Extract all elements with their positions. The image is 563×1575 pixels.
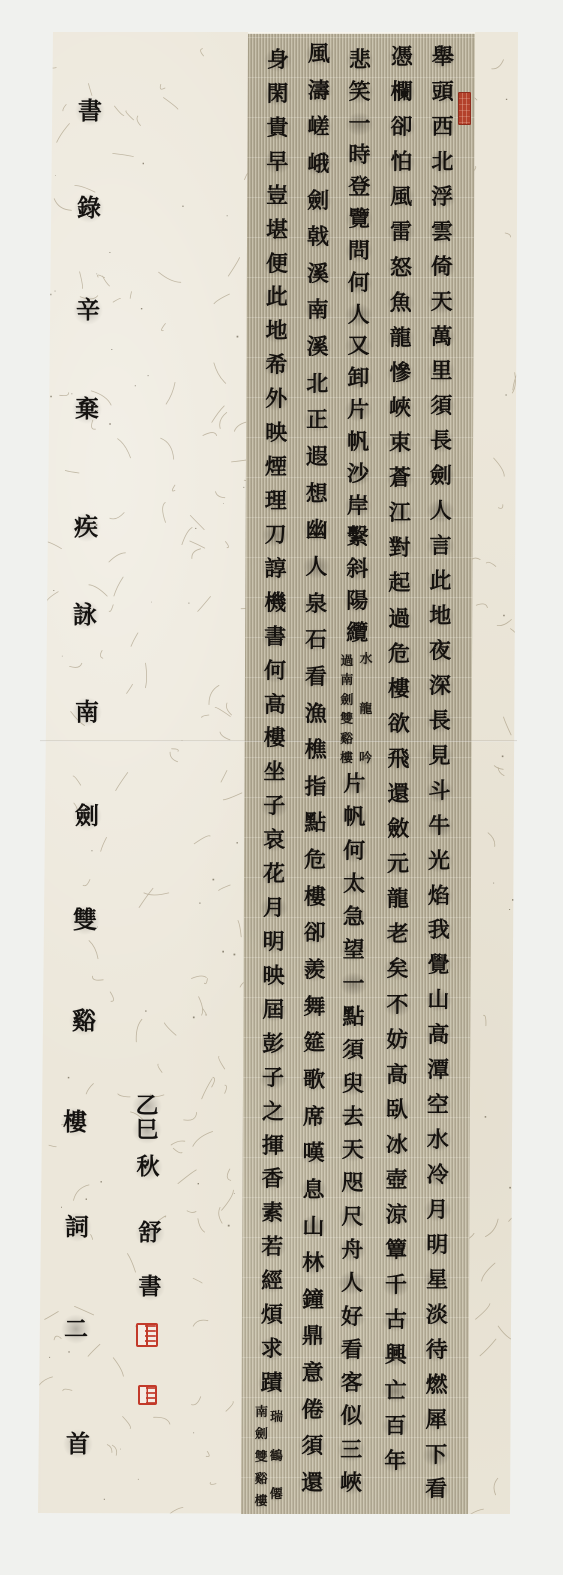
text-char: 幽 [303, 518, 331, 542]
text-char: 風 [387, 185, 415, 209]
text-char: 哀 [260, 828, 288, 852]
text-char: 人 [302, 555, 330, 579]
text-char: 點 [301, 811, 329, 835]
text-char: 似 [337, 1404, 365, 1428]
text-char: 欄 [388, 80, 416, 104]
text-char: 斗 [425, 779, 453, 803]
inscription-2-title: 南劍雙谿樓 [251, 1405, 271, 1509]
text-column-4: 風濤嵯峨劍戟溪南溪北正遐想幽人泉石看漁樵指點危樓卻羨舞筵歌席嘆息山林鐘鼎意倦須還 [296, 42, 335, 1495]
text-char: 雷 [387, 220, 415, 244]
text-char: 還 [384, 782, 412, 806]
text-char: 須 [298, 1434, 326, 1458]
text-char: 飛 [385, 747, 413, 771]
inscription-char: 水 [358, 652, 374, 667]
text-char: 怒 [387, 256, 415, 280]
title-char: 辛 [73, 295, 103, 325]
title-char: 書 [75, 96, 105, 126]
text-char: 萬 [428, 325, 456, 349]
text-char: 求 [258, 1337, 286, 1361]
text-char: 一 [346, 112, 374, 136]
text-char: 劍 [427, 464, 455, 488]
text-char: 笑 [346, 80, 374, 104]
text-char: 風 [305, 42, 333, 66]
title-char: 劍 [72, 801, 102, 831]
inscription-char: 南 [253, 1405, 269, 1420]
inscription-char: 劍 [339, 693, 355, 708]
text-char: 對 [386, 536, 414, 560]
text-char: 人 [427, 499, 455, 523]
text-char: 明 [260, 930, 288, 954]
text-char: 明 [423, 1233, 451, 1257]
text-char: 書 [261, 625, 289, 649]
text-char: 嘆 [300, 1141, 328, 1165]
text-char: 好 [338, 1305, 366, 1329]
text-char: 彭 [259, 1032, 287, 1056]
text-char: 映 [262, 421, 290, 445]
text-char: 矣 [384, 957, 412, 981]
text-char: 倦 [298, 1398, 326, 1422]
text-char: 香 [259, 1167, 287, 1191]
text-char: 覺 [425, 953, 453, 977]
text-char: 素 [258, 1201, 286, 1225]
text-char: 卸 [344, 366, 372, 390]
text-char: 危 [385, 642, 413, 666]
text-char: 揮 [259, 1134, 287, 1158]
text-char: 片 [340, 772, 368, 796]
text-char: 岸 [344, 494, 372, 518]
title-char: 錄 [74, 193, 104, 223]
text-char: 刀 [262, 523, 290, 547]
text-char: 陽 [343, 589, 371, 613]
inscription-char: 吟 [358, 751, 374, 766]
text-char: 百 [381, 1414, 409, 1438]
text-char: 堪 [263, 218, 291, 242]
text-char: 登 [345, 175, 373, 199]
text-char: 繫 [344, 525, 372, 549]
text-char: 看 [338, 1338, 366, 1362]
text-char: 早 [263, 150, 291, 174]
text-char: 須 [427, 394, 455, 418]
text-char: 西 [429, 115, 457, 139]
text-char: 頭 [429, 80, 457, 104]
text-char: 不 [383, 993, 411, 1017]
inscription-1-tune: 水龍吟 [356, 652, 377, 766]
text-char: 月 [423, 1198, 451, 1222]
text-char: 卻 [301, 921, 329, 945]
text-char: 此 [263, 285, 291, 309]
text-char: 亡 [382, 1379, 410, 1403]
text-char: 人 [338, 1271, 366, 1295]
text-char: 之 [259, 1100, 287, 1124]
text-char: 嵯 [304, 115, 332, 139]
text-column-3-upper: 悲笑一時登覽問何人又卸片帆沙岸繫斜陽纜 [341, 48, 376, 645]
text-char: 人 [345, 303, 373, 327]
title-char: 谿 [69, 1006, 99, 1036]
text-char: 蒼 [386, 466, 414, 490]
text-char: 咫 [339, 1171, 367, 1195]
text-char: 焰 [425, 884, 453, 908]
title-char: 樓 [60, 1107, 90, 1137]
text-char: 客 [338, 1371, 366, 1395]
text-char: 身 [264, 48, 292, 72]
text-char: 月 [260, 896, 288, 920]
text-char: 我 [425, 918, 453, 942]
text-char: 興 [382, 1343, 410, 1367]
text-char: 地 [263, 319, 291, 343]
text-char: 夜 [426, 639, 454, 663]
text-char: 言 [427, 534, 455, 558]
text-char: 欲 [385, 712, 413, 736]
text-char: 樓 [301, 885, 329, 909]
text-char: 危 [301, 848, 329, 872]
text-char: 老 [384, 922, 412, 946]
text-char: 慘 [386, 361, 414, 385]
text-char: 漁 [302, 702, 330, 726]
text-char: 斜 [343, 557, 371, 581]
title-char: 雙 [70, 905, 100, 935]
text-char: 一 [339, 972, 367, 996]
text-column-3-lower: 片帆何太急望一點須臾去天咫尺舟人好看客似三峽 [335, 772, 370, 1495]
text-column-1: 舉頭西北浮雲倚天萬里須長劍人言此地夜深長見斗牛光焰我覺山高潭空水冷月明星淡待燃犀… [420, 45, 459, 1502]
text-char: 涼 [382, 1203, 410, 1227]
text-char: 犀 [422, 1408, 450, 1432]
text-char: 貴 [263, 116, 291, 140]
seal-stamp-signature-1 [136, 1323, 158, 1347]
text-char: 天 [339, 1138, 367, 1162]
text-char: 此 [426, 569, 454, 593]
text-char: 還 [298, 1471, 326, 1495]
text-char: 花 [260, 862, 288, 886]
text-char: 魚 [387, 291, 415, 315]
text-char: 蹟 [258, 1371, 286, 1395]
text-char: 簟 [382, 1238, 410, 1262]
text-char: 坐 [260, 760, 288, 784]
text-char: 濤 [305, 79, 333, 103]
text-char: 浮 [428, 185, 456, 209]
text-char: 倚 [428, 255, 456, 279]
text-char: 臥 [383, 1098, 411, 1122]
text-char: 希 [262, 353, 290, 377]
text-char: 外 [262, 387, 290, 411]
text-char: 樵 [302, 738, 330, 762]
text-char: 悲 [346, 48, 374, 72]
text-char: 長 [426, 709, 454, 733]
text-char: 光 [425, 849, 453, 873]
title-char: 詞 [62, 1212, 92, 1242]
text-char: 三 [337, 1438, 365, 1462]
title-char: 詠 [70, 600, 100, 630]
text-char: 舉 [429, 45, 457, 69]
text-char: 若 [258, 1235, 286, 1259]
inscription-char: 劍 [253, 1427, 269, 1442]
inscription-char: 龍 [358, 702, 374, 717]
text-char: 石 [302, 628, 330, 652]
text-char: 席 [300, 1105, 328, 1129]
inscription-char: 谿 [339, 732, 355, 747]
text-char: 江 [386, 501, 414, 525]
inscription-char: 雙 [253, 1450, 269, 1465]
text-char: 太 [340, 872, 368, 896]
text-char: 問 [345, 239, 373, 263]
inscription-char: 雙 [339, 712, 355, 727]
text-char: 卻 [387, 115, 415, 139]
text-char: 淡 [423, 1303, 451, 1327]
text-char: 舟 [338, 1238, 366, 1262]
text-char: 待 [423, 1338, 451, 1362]
text-char: 指 [301, 775, 329, 799]
title-char: 棄 [72, 394, 102, 424]
text-char: 屆 [259, 998, 287, 1022]
text-char: 龍 [387, 326, 415, 350]
text-char: 意 [299, 1361, 327, 1385]
text-char: 子 [259, 1066, 287, 1090]
seal-stamp-panel [458, 92, 471, 125]
text-char: 看 [422, 1477, 450, 1501]
text-char: 望 [340, 938, 368, 962]
text-char: 束 [386, 431, 414, 455]
text-char: 纜 [343, 621, 371, 645]
inscription-char: 南 [339, 673, 355, 688]
text-char: 林 [299, 1251, 327, 1275]
text-char: 峨 [304, 152, 332, 176]
text-char: 泉 [302, 592, 330, 616]
text-char: 煙 [262, 455, 290, 479]
text-column-5: 身閑貴早豈堪便此地希外映煙理刀諄機書何高樓坐子哀花月明映屆彭子之揮香素若經煩求蹟 [256, 48, 294, 1395]
signature-char: 書 [135, 1273, 165, 1301]
text-char: 鐘 [299, 1288, 327, 1312]
text-char: 時 [345, 143, 373, 167]
text-char: 妨 [383, 1028, 411, 1052]
text-char: 片 [344, 398, 372, 422]
text-char: 峽 [337, 1471, 365, 1495]
text-char: 龍 [384, 887, 412, 911]
text-char: 帆 [344, 430, 372, 454]
title-char: 南 [72, 697, 102, 727]
text-char: 怕 [387, 150, 415, 174]
text-char: 憑 [388, 45, 416, 69]
text-char: 何 [345, 271, 373, 295]
inscription-char: 樓 [253, 1494, 269, 1509]
text-char: 尺 [338, 1205, 366, 1229]
text-char: 雲 [428, 220, 456, 244]
text-char: 覽 [345, 207, 373, 231]
text-char: 燃 [423, 1373, 451, 1397]
text-char: 劍 [304, 189, 332, 213]
text-char: 樓 [385, 677, 413, 701]
signature-char: 巳 [132, 1116, 162, 1144]
text-char: 何 [261, 659, 289, 683]
text-char: 起 [385, 571, 413, 595]
text-char: 北 [303, 372, 331, 396]
text-char: 高 [424, 1023, 452, 1047]
inscription-char: 谿 [253, 1472, 269, 1487]
text-char: 下 [422, 1443, 450, 1467]
text-char: 又 [344, 334, 372, 358]
title-char: 首 [63, 1429, 93, 1459]
text-char: 筵 [300, 1031, 328, 1055]
text-char: 經 [258, 1269, 286, 1293]
text-char: 冷 [424, 1163, 452, 1187]
signature-char: 秋 [133, 1153, 163, 1181]
text-char: 峽 [386, 396, 414, 420]
text-char: 便 [263, 252, 291, 276]
text-char: 地 [426, 604, 454, 628]
text-char: 臾 [339, 1072, 367, 1096]
text-char: 去 [339, 1105, 367, 1129]
text-char: 溪 [304, 262, 332, 286]
text-char: 何 [340, 839, 368, 863]
text-char: 遐 [303, 445, 331, 469]
text-char: 冰 [383, 1133, 411, 1157]
text-char: 正 [303, 408, 331, 432]
seal-stamp-signature-2 [138, 1385, 157, 1405]
text-char: 空 [424, 1093, 452, 1117]
text-char: 諄 [261, 557, 289, 581]
text-char: 壺 [383, 1168, 411, 1192]
text-char: 山 [299, 1215, 327, 1239]
text-column-2: 憑欄卻怕風雷怒魚龍慘峽束蒼江對起過危樓欲飛還斂元龍老矣不妨高臥冰壺涼簟千古興亡百… [379, 45, 418, 1473]
text-char: 斂 [384, 817, 412, 841]
text-char: 天 [428, 290, 456, 314]
text-char: 閑 [264, 82, 292, 106]
text-char: 過 [385, 607, 413, 631]
text-char: 長 [427, 429, 455, 453]
text-char: 點 [339, 1005, 367, 1029]
text-char: 理 [262, 489, 290, 513]
title-char: 疾 [71, 512, 101, 542]
inscription-char: 過 [339, 654, 355, 669]
text-char: 高 [261, 693, 289, 717]
text-char: 牛 [425, 814, 453, 838]
inscription-1-title: 過南劍雙谿樓 [337, 654, 358, 766]
text-char: 年 [381, 1449, 409, 1473]
text-char: 沙 [344, 462, 372, 486]
text-char: 想 [303, 482, 331, 506]
text-char: 千 [382, 1273, 410, 1297]
text-char: 帆 [340, 805, 368, 829]
text-char: 里 [427, 359, 455, 383]
text-char: 子 [260, 794, 288, 818]
text-char: 南 [304, 298, 332, 322]
text-char: 潭 [424, 1058, 452, 1082]
signature-char: 舒 [135, 1219, 165, 1247]
text-char: 深 [426, 674, 454, 698]
text-char: 星 [423, 1268, 451, 1292]
title-char: 二 [61, 1314, 91, 1344]
text-char: 戟 [304, 225, 332, 249]
text-char: 羨 [301, 958, 329, 982]
text-char: 須 [339, 1038, 367, 1062]
text-char: 機 [261, 591, 289, 615]
inscription-char: 樓 [339, 751, 355, 766]
text-char: 高 [383, 1063, 411, 1087]
text-char: 看 [302, 665, 330, 689]
text-char: 山 [424, 988, 452, 1012]
text-char: 息 [299, 1178, 327, 1202]
text-char: 溪 [303, 335, 331, 359]
text-char: 古 [382, 1308, 410, 1332]
text-char: 映 [260, 964, 288, 988]
text-char: 急 [340, 905, 368, 929]
text-char: 見 [426, 744, 454, 768]
text-char: 豈 [263, 184, 291, 208]
text-char: 煩 [258, 1303, 286, 1327]
text-char: 水 [424, 1128, 452, 1152]
text-char: 樓 [261, 726, 289, 750]
text-char: 北 [428, 150, 456, 174]
text-char: 歌 [300, 1068, 328, 1092]
text-char: 舞 [300, 995, 328, 1019]
text-char: 元 [384, 852, 412, 876]
text-char: 鼎 [299, 1324, 327, 1348]
